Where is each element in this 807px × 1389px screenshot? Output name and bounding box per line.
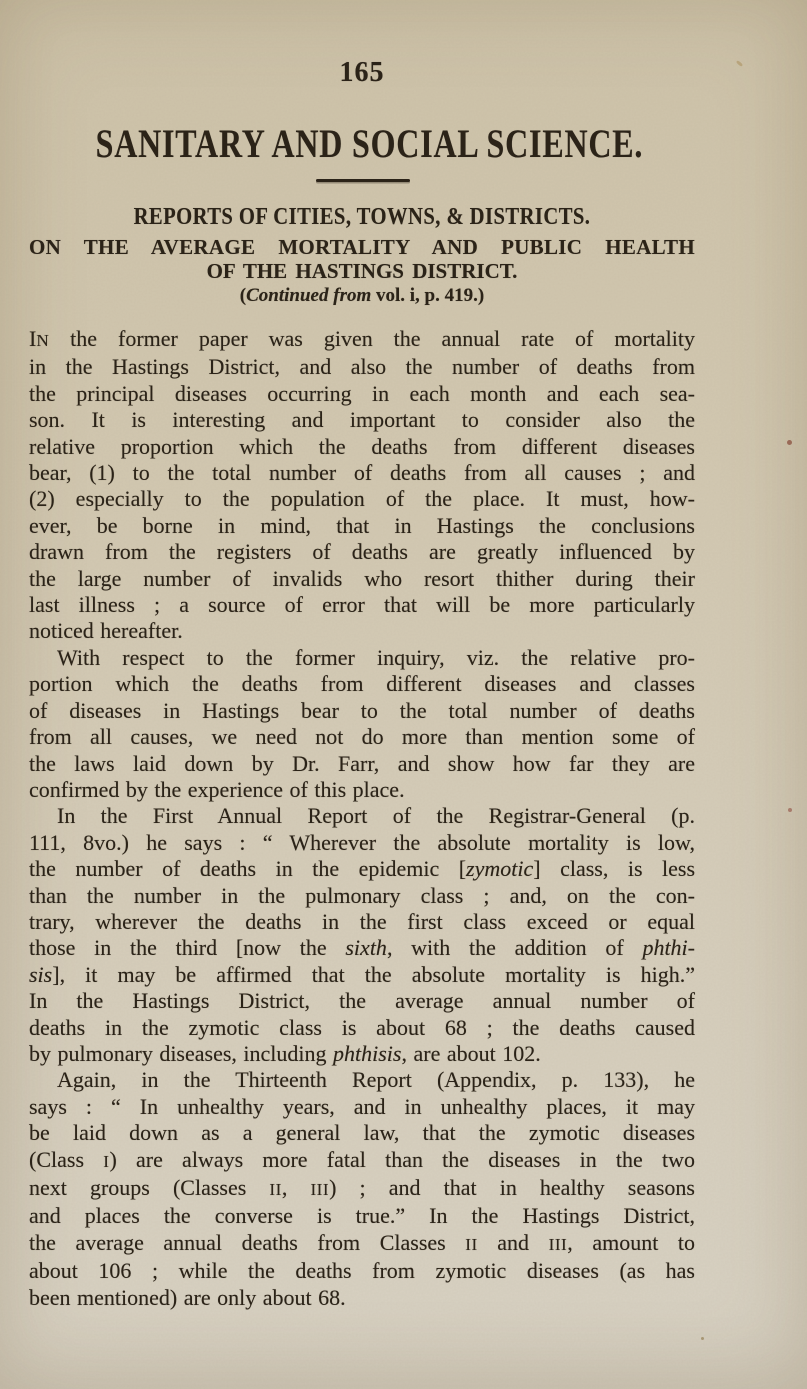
text-segment: son. It is interesting and important to …	[29, 407, 695, 432]
text-segment: , with the addition of	[387, 935, 643, 960]
text-segment: ,	[282, 1175, 311, 1200]
text-line: of diseases in Hastings bear to the tota…	[29, 698, 695, 724]
text-line: in the Hastings District, and also the n…	[29, 354, 695, 380]
text-line: from all causes, we need not do more tha…	[29, 724, 695, 750]
text-segment: In the First Annual Report of the Regist…	[57, 803, 695, 828]
small-caps-text: III	[549, 1235, 568, 1254]
text-line: be laid down as a general law, that the …	[29, 1120, 695, 1146]
text-line: the average annual deaths from Classes I…	[29, 1230, 695, 1258]
text-segment: the laws laid down by Dr. Farr, and show…	[29, 751, 695, 776]
text-segment: been mentioned) are only about 68.	[29, 1285, 346, 1310]
small-caps-text: III	[310, 1180, 329, 1199]
text-line: the number of deaths in the epidemic [zy…	[29, 856, 695, 882]
text-line: next groups (Classes II, III) ; and that…	[29, 1175, 695, 1203]
text-segment: deaths in the zymotic class is about 68 …	[29, 1015, 695, 1040]
text-segment: says : “ In unhealthy years, and in unhe…	[29, 1094, 695, 1119]
text-segment: portion which the deaths from different …	[29, 671, 695, 696]
text-segment: and	[478, 1230, 549, 1255]
text-line: those in the third [now the sixth, with …	[29, 935, 695, 961]
text-line: drawn from the registers of deaths are g…	[29, 539, 695, 565]
article-heading-line1: ON THE AVERAGE MORTALITY AND PUBLIC HEAL…	[29, 235, 695, 259]
paper-speck	[736, 60, 743, 67]
italic-text: sixth	[345, 935, 387, 960]
italic-text: zymotic	[466, 856, 533, 881]
italic-text: Continued from	[246, 285, 371, 306]
text-line: the large number of invalids who resort …	[29, 566, 695, 592]
small-caps-text: II	[465, 1235, 477, 1254]
text-line: the principal diseases occurring in each…	[29, 381, 695, 407]
text-segment: vol. i, p. 419.)	[371, 285, 484, 306]
paper-speck	[787, 440, 792, 445]
small-caps-text: II	[269, 1180, 281, 1199]
text-segment: (Class	[29, 1147, 103, 1172]
text-line: deaths in the zymotic class is about 68 …	[29, 1015, 695, 1041]
text-segment: ) ; and that in healthy seasons	[329, 1175, 695, 1200]
text-line: last illness ; a source of error that wi…	[29, 592, 695, 618]
text-segment: Again, in the Thirteenth Report (Appendi…	[57, 1067, 695, 1092]
text-line: bear, (1) to the total number of deaths …	[29, 460, 695, 486]
text-segment: , are about 102.	[401, 1041, 540, 1066]
text-segment: trary, wherever the deaths in the first …	[29, 909, 695, 934]
text-segment: relative proportion which the deaths fro…	[29, 434, 695, 459]
text-segment: ever, be borne in mind, that in Hastings…	[29, 513, 695, 538]
text-segment: confirmed by the experience of this plac…	[29, 777, 405, 802]
text-segment: the large number of invalids who resort …	[29, 566, 695, 591]
paper-speck	[788, 808, 792, 812]
text-line: confirmed by the experience of this plac…	[29, 777, 695, 803]
text-segment: With respect to the former inquiry, viz.…	[57, 645, 695, 670]
continuation-note: (Continued from vol. i, p. 419.)	[29, 285, 695, 308]
text-segment: In the Hastings District, the average an…	[29, 988, 695, 1013]
text-segment: be laid down as a general law, that the …	[29, 1120, 695, 1145]
text-segment: the average annual deaths from Classes	[29, 1230, 465, 1255]
text-line: portion which the deaths from different …	[29, 671, 695, 697]
text-segment: in the Hastings District, and also the n…	[29, 354, 695, 379]
paper-speck	[701, 1337, 704, 1340]
text-line: relative proportion which the deaths fro…	[29, 434, 695, 460]
text-segment: drawn from the registers of deaths are g…	[29, 539, 695, 564]
text-segment: the former paper was given the annual ra…	[49, 326, 695, 351]
article-title: SANITARY AND SOCIAL SCIENCE.	[96, 124, 629, 164]
page-number: 165	[29, 59, 695, 87]
text-line: ever, be borne in mind, that in Hastings…	[29, 513, 695, 539]
text-line: son. It is interesting and important to …	[29, 407, 695, 433]
text-line: Again, in the Thirteenth Report (Appendi…	[29, 1067, 695, 1093]
italic-text: sis	[29, 962, 52, 987]
text-segment: from all causes, we need not do more tha…	[29, 724, 695, 749]
text-line: about 106 ; while the deaths from zymoti…	[29, 1258, 695, 1284]
text-segment: noticed hereafter.	[29, 618, 183, 643]
text-line: trary, wherever the deaths in the first …	[29, 909, 695, 935]
text-segment: than the number in the pulmonary class ;…	[29, 883, 695, 908]
book-page: 165 SANITARY AND SOCIAL SCIENCE. REPORTS…	[0, 0, 807, 1389]
text-line: sis], it may be affirmed that the absolu…	[29, 962, 695, 988]
text-line: With respect to the former inquiry, viz.…	[29, 645, 695, 671]
small-caps-text: N	[36, 331, 49, 350]
text-line: 111, 8vo.) he says : “ Wherever the abso…	[29, 830, 695, 856]
text-segment: next groups (Classes	[29, 1175, 269, 1200]
text-line: In the Hastings District, the average an…	[29, 988, 695, 1014]
text-line: been mentioned) are only about 68.	[29, 1285, 695, 1311]
text-segment: ) are always more fatal than the disease…	[109, 1147, 695, 1172]
text-segment: the principal diseases occurring in each…	[29, 381, 695, 406]
text-line: (Class I) are always more fatal than the…	[29, 1147, 695, 1175]
text-line: IN the former paper was given the annual…	[29, 326, 695, 354]
text-line: (2) especially to the population of the …	[29, 486, 695, 512]
text-line: In the First Annual Report of the Regist…	[29, 803, 695, 829]
text-line: by pulmonary diseases, including phthisi…	[29, 1041, 695, 1067]
italic-text: phthi-	[642, 935, 695, 960]
text-line: the laws laid down by Dr. Farr, and show…	[29, 751, 695, 777]
text-segment: bear, (1) to the total number of deaths …	[29, 460, 695, 485]
text-segment: last illness ; a source of error that wi…	[29, 592, 695, 617]
text-segment: ] class, is less	[533, 856, 695, 881]
text-segment: of diseases in Hastings bear to the tota…	[29, 698, 695, 723]
text-segment: the number of deaths in the epidemic [	[29, 856, 466, 881]
text-segment: (2) especially to the population of the …	[29, 486, 695, 511]
text-segment: ], it may be affirmed that the absolute …	[52, 962, 695, 987]
article-heading-line2: OF THE HASTINGS DISTRICT.	[29, 259, 695, 283]
text-line: noticed hereafter.	[29, 618, 695, 644]
divider-rule	[316, 179, 410, 182]
text-segment: and places the converse is true.” In the…	[29, 1203, 695, 1228]
text-segment: , amount to	[567, 1230, 695, 1255]
section-heading: REPORTS OF CITIES, TOWNS, & DISTRICTS.	[76, 205, 649, 229]
text-segment: 111, 8vo.) he says : “ Wherever the abso…	[29, 830, 695, 855]
italic-text: phthisis	[333, 1041, 401, 1066]
text-line: and places the converse is true.” In the…	[29, 1203, 695, 1229]
text-segment: those in the third [now the	[29, 935, 345, 960]
body-text: IN the former paper was given the annual…	[29, 326, 695, 1311]
text-segment: about 106 ; while the deaths from zymoti…	[29, 1258, 695, 1283]
text-segment: by pulmonary diseases, including	[29, 1041, 333, 1066]
text-line: than the number in the pulmonary class ;…	[29, 883, 695, 909]
text-line: says : “ In unhealthy years, and in unhe…	[29, 1094, 695, 1120]
